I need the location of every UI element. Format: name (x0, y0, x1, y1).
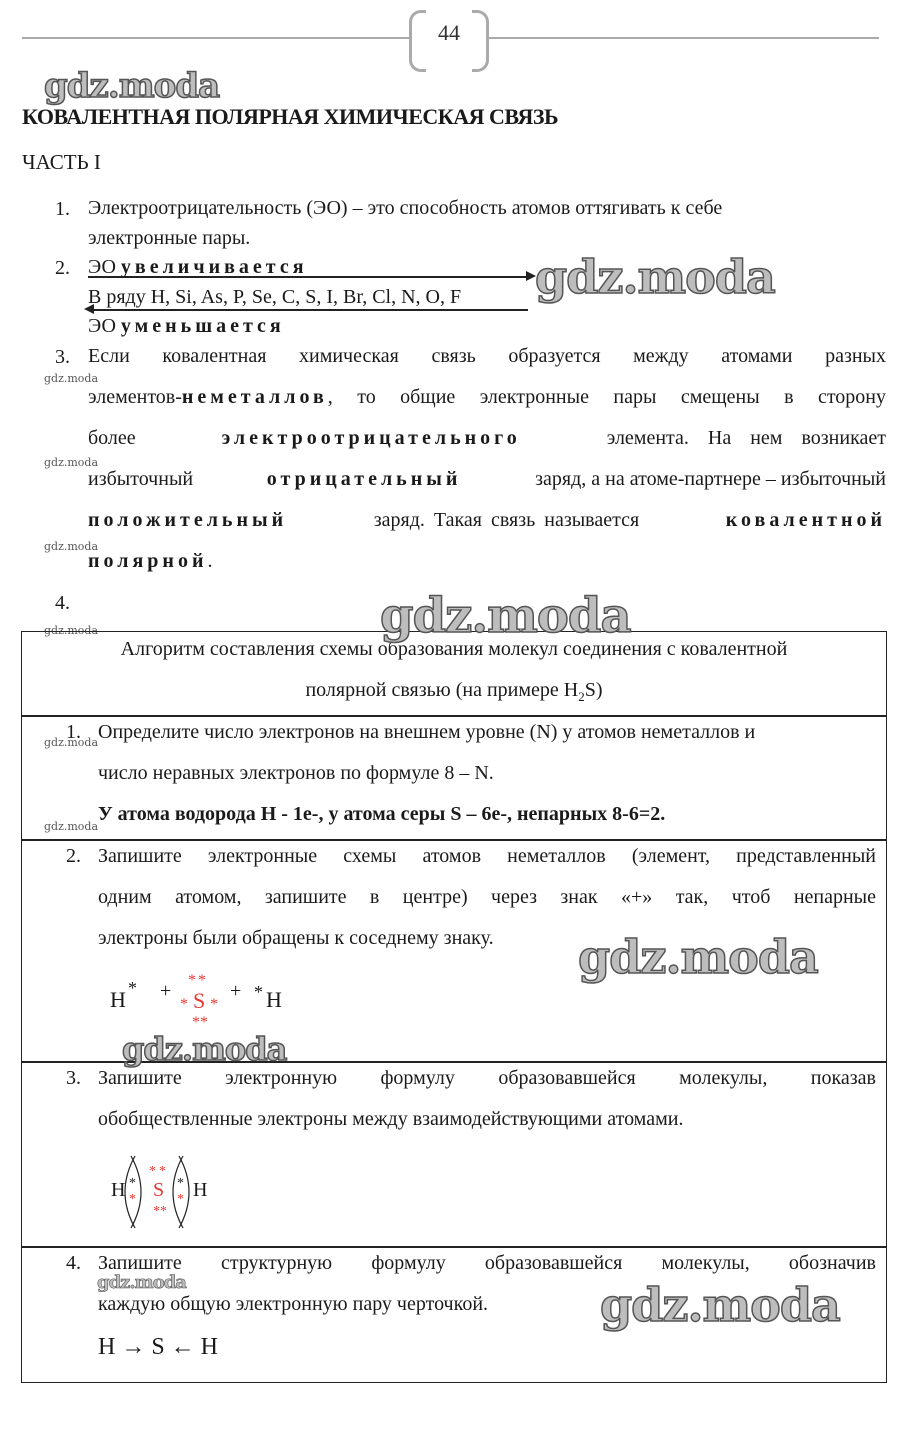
keyword: неметаллов (182, 387, 328, 407)
step-4-line-2: каждую общую электронную пару черточкой. (98, 1294, 488, 1314)
item-number: 3. (55, 346, 70, 369)
decreases-word: уменьшается (121, 315, 285, 337)
watermark: gdz.moda (44, 66, 219, 106)
text: заряд, а на атоме-партнере – избыточный (535, 469, 886, 489)
text: элементов- (88, 387, 182, 407)
row-divider (22, 1246, 886, 1248)
header-rule-left (22, 37, 410, 39)
eo-label: ЭО (88, 315, 116, 337)
step-2-line-2: одним атомом, запишите в центре) через з… (98, 887, 876, 907)
hydrogen-right: H (266, 987, 282, 1013)
row-divider (22, 839, 886, 841)
eo-increases: ЭО увеличивается (88, 257, 308, 277)
row-divider (22, 715, 886, 717)
step-number: 4. (66, 1253, 81, 1273)
step-1-line-2: число неравных электронов по формуле 8 –… (98, 763, 494, 783)
keyword: ковалентной (726, 510, 886, 530)
arrow-right-line (88, 276, 528, 278)
electron-pair-bottom: ** (153, 1204, 167, 1220)
step-2-line-3: электроны были обращены к соседнему знак… (98, 928, 494, 948)
text: избыточный (88, 469, 193, 489)
element-series: В ряду H, Si, As, P, Se, C, S, I, Br, Cl… (88, 287, 461, 307)
electron-star: * (177, 1176, 184, 1192)
arrow-right-icon (526, 271, 536, 281)
keyword: положительный (88, 510, 287, 530)
electron-pair-top: ** (149, 1164, 169, 1180)
electron-star: * (129, 1176, 136, 1192)
text: . (207, 550, 212, 572)
step-1-answer: У атома водорода H - 1e-, у атома серы S… (98, 804, 665, 824)
text: заряд. Такая связь называется (374, 510, 639, 530)
eo-decreases: ЭО уменьшается (88, 316, 285, 336)
table-header-line-2: полярной связью (на примере H2S) (22, 680, 886, 707)
header-rule-right (489, 37, 879, 39)
item-number: 1. (55, 198, 70, 221)
page-number-box: 44 (409, 10, 489, 66)
step-2-line-1: Запишите электронные схемы атомов немета… (98, 846, 876, 866)
text: полярной связью (на примере H (305, 679, 578, 701)
step-4-line-1: Запишите структурную формулу образовавше… (98, 1253, 876, 1273)
text: , то общие электронные пары смещены в ст… (328, 387, 886, 407)
sulfur: S (193, 988, 205, 1014)
watermark: gdz.moda (97, 1272, 186, 1293)
item-number: 4. (55, 592, 70, 615)
keyword: электроотрицательного (222, 428, 521, 448)
watermark-small: gdz.moda (44, 820, 98, 833)
increases-word: увеличивается (121, 256, 308, 278)
watermark: gdz.moda (600, 1278, 840, 1332)
page-title: КОВАЛЕНТНАЯ ПОЛЯРНАЯ ХИМИЧЕСКАЯ СВЯЗЬ (22, 104, 558, 130)
item-1-line-2: электронные пары. (88, 228, 250, 248)
text: элемента. На нем возникает (607, 428, 886, 448)
step-1-line-1: Определите число электронов на внешнем у… (98, 722, 755, 742)
item-3-line-5: положительныйзаряд. Такая связь называет… (88, 510, 886, 530)
hydrogen-right: H (193, 1179, 207, 1202)
hydrogen-left: H (111, 1179, 125, 1202)
watermark: gdz.moda (535, 250, 775, 304)
watermark-small: gdz.moda (44, 372, 98, 385)
step-number: 2. (66, 846, 81, 866)
watermark: gdz.moda (122, 1030, 286, 1068)
eo-label: ЭО (88, 256, 116, 278)
watermark-small: gdz.moda (44, 736, 98, 749)
item-3-line-1: Если ковалентная химическая связь образу… (88, 346, 886, 366)
text: более (88, 428, 136, 448)
part-heading: ЧАСТЬ I (22, 150, 101, 175)
keyword: полярной (88, 550, 207, 572)
keyword: отрицательный (267, 469, 462, 489)
electron-star: * (180, 996, 188, 1014)
electron-star: * (254, 982, 263, 1003)
watermark: gdz.moda (578, 930, 818, 984)
structural-formula: H → S ← H (98, 1334, 218, 1361)
sulfur: S (153, 1179, 164, 1202)
electron-star: * (128, 978, 137, 999)
item-1-line-1: Электроотрицательность (ЭО) – это способ… (88, 198, 722, 218)
item-3-line-3: болееэлектроотрицательногоэлемента. На н… (88, 428, 886, 448)
algorithm-table: Алгоритм составления схемы образования м… (21, 631, 887, 1383)
plus-sign: + (230, 980, 241, 1003)
watermark: gdz.moda (380, 588, 631, 644)
item-number: 2. (55, 257, 70, 280)
electron-star: * (210, 996, 218, 1014)
hydrogen-left: H (110, 987, 126, 1013)
step-number: 3. (66, 1068, 81, 1088)
text: S) (585, 679, 603, 701)
arrow-left-icon (84, 304, 94, 314)
electron-formula: H * * ** S ** * * H (107, 1152, 227, 1232)
electron-star: * (177, 1192, 184, 1208)
page-number: 44 (409, 20, 489, 46)
item-3-line-2: элементов-неметаллов, то общие электронн… (88, 387, 886, 407)
step-3-line-2: обобществленные электроны между взаимоде… (98, 1109, 683, 1129)
item-3-line-4: избыточныйотрицательныйзаряд, а на атоме… (88, 469, 886, 489)
item-3-line-6: полярной. (88, 551, 212, 571)
electron-star: * (129, 1192, 136, 1208)
arrow-left-line (92, 309, 528, 311)
step-3-line-1: Запишите электронную формулу образовавше… (98, 1068, 876, 1088)
plus-sign: + (160, 980, 171, 1003)
